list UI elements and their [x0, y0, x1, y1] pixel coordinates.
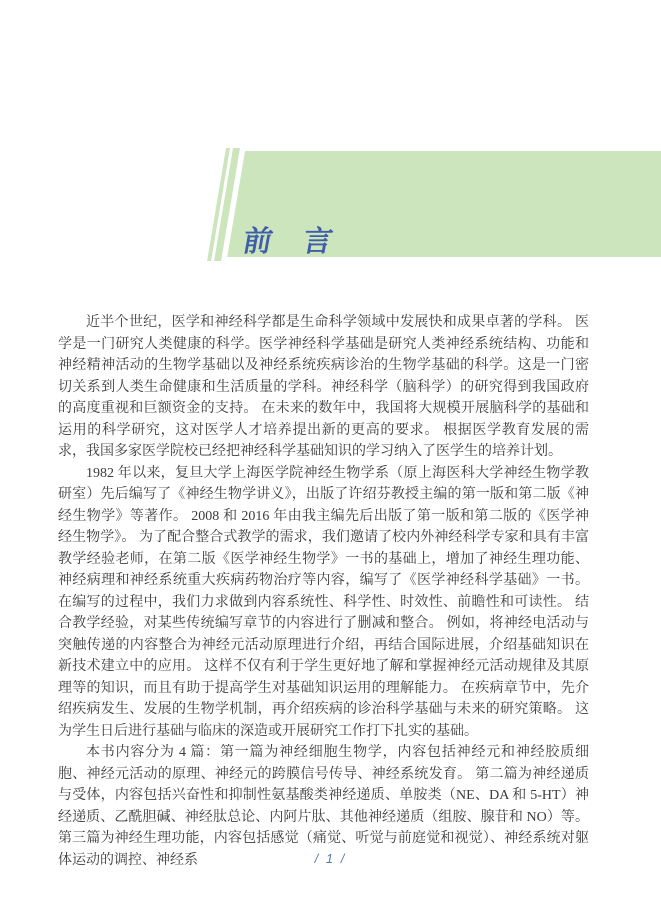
preface-paragraph-2: 1982 年以来，复旦大学上海医学院神经生物学系（原上海医科大学神经生物学教研室… [58, 463, 589, 743]
page-number: / 1 / [0, 851, 661, 866]
preface-title: 前 言 [240, 219, 337, 260]
preface-paragraph-1: 近半个世纪，医学和神经科学都是生命科学领域中发展快和成果卓著的学科。 医学是一门… [58, 312, 589, 463]
preface-body: 近半个世纪，医学和神经科学都是生命科学领域中发展快和成果卓著的学科。 医学是一门… [58, 312, 589, 871]
